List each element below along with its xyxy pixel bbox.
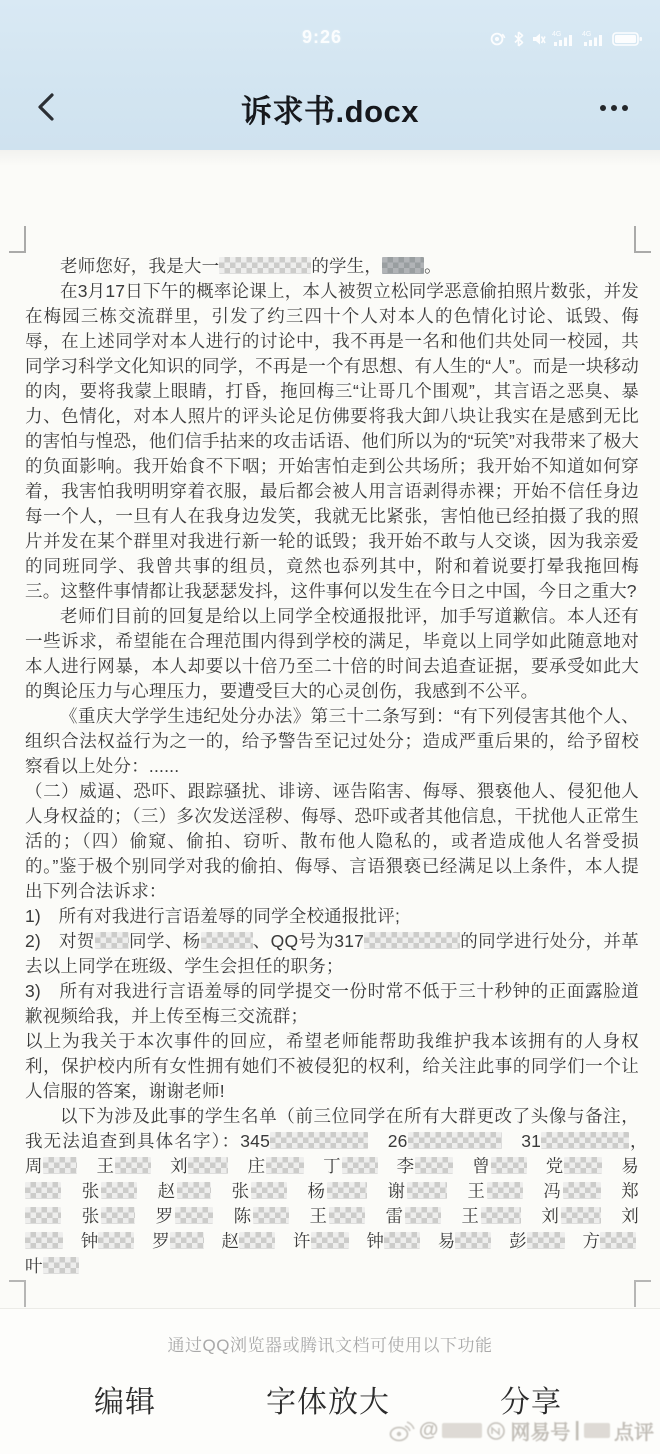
censored-mosaic (95, 932, 129, 949)
censored-mosaic (405, 1207, 441, 1224)
censored-mosaic (43, 1157, 77, 1174)
censored-mosaic (408, 1132, 502, 1149)
censored-mosaic (219, 257, 311, 274)
censored-mosaic (487, 1182, 523, 1199)
censored-mosaic (407, 1182, 447, 1199)
censored-mosaic (541, 1132, 629, 1149)
censored-mosaic (188, 1157, 228, 1174)
battery-icon (612, 31, 642, 47)
app-bar: 诉求书.docx (0, 68, 660, 146)
ellipsis-icon (600, 105, 606, 111)
censored-mosaic (384, 1232, 420, 1249)
signal-4g-sim2-icon: 4G (582, 30, 606, 47)
vibrate-mute-icon (530, 31, 546, 47)
censored-mosaic (239, 1232, 275, 1249)
signal-4g-sim1-icon: 4G (552, 30, 576, 47)
censored-mosaic (455, 1232, 491, 1249)
censored-mosaic (491, 1157, 527, 1174)
censored-mosaic (101, 1182, 137, 1199)
censored-mosaic (327, 1182, 367, 1199)
censored-mosaic (25, 1207, 61, 1224)
watermark: @ 网易号 | 点评 (389, 1416, 654, 1445)
screen-record-icon (490, 31, 507, 46)
ellipsis-icon (611, 105, 617, 111)
censored-mosaic (311, 1232, 349, 1249)
status-icons: 4G 4G (490, 30, 642, 47)
censored-mosaic (253, 1207, 289, 1224)
censored-mosaic (481, 1207, 521, 1224)
page-corner-mark (634, 1280, 651, 1307)
status-bar: 9:26 4G (0, 0, 660, 62)
document-body: 老师您好，我是大一的学生，。在3月17日下午的概率论课上，本人被贺立松同学恶意偷… (25, 254, 639, 1279)
doc-paragraph: 2) 对贺同学、杨、QQ号为317的同学进行处分，并革去以上同学在班级、学生会担… (25, 929, 639, 979)
censored-mosaic (266, 1157, 304, 1174)
watermark-separator: | (574, 1419, 580, 1442)
page-title: 诉求书.docx (0, 86, 660, 131)
doc-paragraph: 以下为涉及此事的学生名单（前三位同学在所有大群更改了头像与备注，我无法追查到具体… (25, 1104, 639, 1279)
censored-mosaic (563, 1182, 601, 1199)
page-corner-mark (9, 1280, 26, 1307)
censored-mosaic (25, 1232, 63, 1249)
censored-mosaic (43, 1257, 79, 1274)
page-corner-mark (634, 226, 651, 253)
svg-text:4G: 4G (552, 31, 561, 38)
censored-mosaic (177, 1182, 211, 1199)
censored-mosaic (600, 1232, 636, 1249)
watermark-blurred-name (442, 1423, 482, 1438)
censored-mosaic (561, 1207, 601, 1224)
doc-paragraph: 老师们目前的回复是给以上同学全校通报批评，加手写道歉信。本人还有一些诉求，希望能… (25, 604, 639, 704)
censored-mosaic (329, 1207, 365, 1224)
censored-mosaic (270, 1132, 368, 1149)
document-page[interactable]: 老师您好，我是大一的学生，。在3月17日下午的概率论课上，本人被贺立松同学恶意偷… (0, 150, 660, 1308)
top-chrome: 9:26 4G (0, 0, 660, 150)
censored-mosaic (170, 1232, 204, 1249)
status-time: 9:26 (302, 27, 342, 48)
doc-paragraph: 以上为我关于本次事件的回应，希望老师能帮助我维护我本该拥有的人身权利，保护校内所… (25, 1029, 639, 1104)
watermark-blurred-text (584, 1423, 610, 1438)
censored-mosaic (527, 1232, 565, 1249)
font-enlarge-button[interactable]: 字体放大 (264, 1371, 392, 1427)
watermark-tail: 点评 (614, 1416, 654, 1445)
feature-hint-text: 通过QQ浏览器或腾讯文档可使用以下功能 (0, 1331, 660, 1356)
watermark-brand: 网易号 (510, 1416, 570, 1445)
censored-mosaic (251, 1182, 287, 1199)
censored-mosaic (115, 1157, 151, 1174)
doc-paragraph: 老师您好，我是大一的学生，。 (25, 254, 639, 279)
netease-logo-icon (486, 1421, 506, 1441)
ellipsis-icon (622, 105, 628, 111)
file-viewer-screen: 9:26 4G (0, 0, 660, 1454)
weibo-logo-icon (389, 1420, 415, 1442)
bluetooth-icon (513, 31, 524, 47)
censored-mosaic (98, 1232, 134, 1249)
censored-mosaic (382, 257, 424, 274)
doc-paragraph: （二）威逼、恐吓、跟踪骚扰、诽谤、诬告陷害、侮辱、猥亵他人、侵犯他人人身权益的；… (25, 779, 639, 904)
doc-paragraph: 1) 所有对我进行言语羞辱的同学全校通报批评; (25, 904, 639, 929)
censored-mosaic (101, 1207, 135, 1224)
censored-mosaic (201, 932, 253, 949)
censored-mosaic (415, 1157, 453, 1174)
svg-text:4G: 4G (582, 31, 591, 38)
watermark-at: @ (419, 1419, 439, 1442)
censored-mosaic (25, 1182, 61, 1199)
doc-paragraph: 3) 所有对我进行言语羞辱的同学提交一份时常不低于三十秒钟的正面露脸道歉视频给我… (25, 979, 639, 1029)
more-options-button[interactable] (588, 90, 640, 126)
doc-paragraph: 在3月17日下午的概率论课上，本人被贺立松同学恶意偷拍照片数张，并发在梅园三栋交… (25, 279, 639, 604)
censored-mosaic (342, 1157, 378, 1174)
page-corner-mark (9, 226, 26, 253)
censored-mosaic (364, 932, 460, 949)
censored-mosaic (564, 1157, 602, 1174)
doc-paragraph: 《重庆大学学生违纪处分办法》第三十二条写到：“有下列侵害其他个人、组织合法权益行… (25, 704, 639, 779)
edit-button[interactable]: 编辑 (92, 1371, 158, 1427)
censored-mosaic (175, 1207, 213, 1224)
